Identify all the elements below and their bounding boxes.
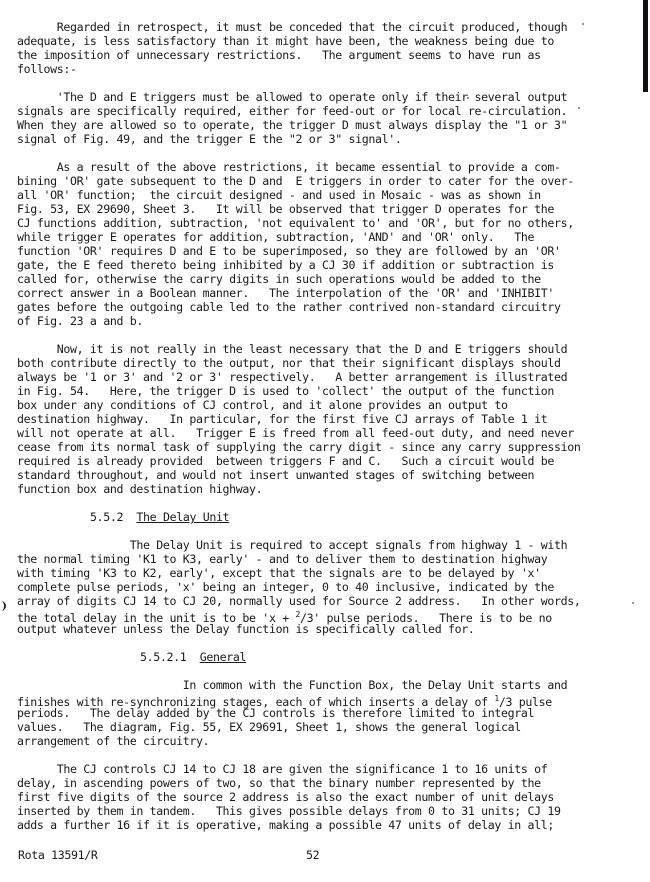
text-line: As a result of the above restrictions, i… bbox=[17, 160, 561, 174]
scan-speck bbox=[632, 602, 634, 604]
text-line: all 'OR' function; the circuit designed … bbox=[17, 188, 541, 202]
text-line: gate, the E feed thereto being inhibited… bbox=[17, 258, 554, 272]
text-line: signals are specifically required, eithe… bbox=[17, 104, 567, 118]
text-line: follows:- bbox=[17, 62, 77, 76]
text-line: adds a further 16 if it is operative, ma… bbox=[17, 818, 554, 832]
text-line: In common with the Function Box, the Del… bbox=[17, 678, 567, 692]
scan-edge-shadow bbox=[643, 0, 648, 92]
text-line: complete pulse periods, 'x' being an int… bbox=[17, 580, 554, 594]
text-line: output whatever unless the Delay functio… bbox=[17, 622, 474, 636]
text-line: of Fig. 23 a and b. bbox=[17, 314, 143, 328]
text-line: called for, otherwise the carry digits i… bbox=[17, 272, 541, 286]
text-line: Fig. 53, EX 29690, Sheet 3. It will be o… bbox=[17, 202, 554, 216]
section-number: 5.5.2.1 bbox=[140, 650, 186, 664]
text-line: standard throughout, and would not inser… bbox=[17, 468, 534, 482]
text-line: arrangement of the circuitry. bbox=[17, 734, 209, 748]
text-line: destination highway. In particular, for … bbox=[17, 412, 547, 426]
text-line: first five digits of the source 2 addres… bbox=[17, 790, 554, 804]
text-line: function box and destination highway. bbox=[17, 482, 262, 496]
text-line: always be '1 or 3' and '2 or 3' respecti… bbox=[17, 370, 567, 384]
text-line: function 'OR' requires D and E to be sup… bbox=[17, 244, 561, 258]
document-page: Regarded in retrospect, it must be conce… bbox=[0, 0, 650, 882]
text-line: periods. The delay added by the CJ contr… bbox=[17, 706, 534, 720]
text-line: values. The diagram, Fig. 55, EX 29691, … bbox=[17, 720, 521, 734]
text-line: CJ functions addition, subtraction, 'not… bbox=[17, 216, 574, 230]
text-line: The Delay Unit is required to accept sig… bbox=[17, 538, 567, 552]
text-line: signal of Fig. 49, and the trigger E the… bbox=[17, 132, 402, 146]
text-line: the normal timing 'K1 to K3, early' - an… bbox=[17, 552, 547, 566]
section-title: The Delay Unit bbox=[136, 510, 229, 524]
text-line: the total delay in the unit is to be 'x … bbox=[17, 608, 552, 622]
document-reference: Rota 13591/R bbox=[18, 848, 98, 862]
text-line: array of digits CJ 14 to CJ 20, normally… bbox=[17, 594, 581, 608]
text-line: the imposition of unnecessary restrictio… bbox=[17, 48, 541, 62]
text-line: box under any conditions of CJ control, … bbox=[17, 398, 508, 412]
text-line: cease from its normal task of supplying … bbox=[17, 440, 581, 454]
text-line: will not operate at all. Trigger E is fr… bbox=[17, 426, 574, 440]
text-line: correct answer in a Boolean manner. The … bbox=[17, 286, 554, 300]
text-line: Now, it is not really in the least neces… bbox=[17, 342, 567, 356]
text-line: with timing 'K3 to K2, early', except th… bbox=[17, 566, 541, 580]
text-line: When they are allowed so to operate, the… bbox=[17, 118, 567, 132]
text-line: adequate, is less satisfactory than it m… bbox=[17, 34, 554, 48]
text-line: required is already provided between tri… bbox=[17, 454, 554, 468]
section-title: General bbox=[200, 650, 246, 664]
text-line: 'The D and E triggers must be allowed to… bbox=[17, 90, 567, 104]
scan-speck bbox=[578, 107, 580, 109]
text-line: gates before the outgoing cable led to t… bbox=[17, 300, 561, 314]
scan-speck bbox=[582, 23, 584, 25]
section-number: 5.5.2 bbox=[90, 510, 123, 524]
text-line: delay, in ascending powers of two, so th… bbox=[17, 776, 541, 790]
page-number: 52 bbox=[306, 848, 319, 862]
text-line: both contribute directly to the output, … bbox=[17, 356, 561, 370]
text-line: while trigger E operates for addition, s… bbox=[17, 230, 534, 244]
text-line: The CJ controls CJ 14 to CJ 18 are given… bbox=[17, 762, 547, 776]
text-line: in Fig. 54. Here, the trigger D is used … bbox=[17, 384, 554, 398]
text-line: finishes with re-synchronizing stages, e… bbox=[17, 692, 552, 706]
section-heading-5-5-2: 5.5.2 The Delay Unit bbox=[90, 510, 229, 524]
section-heading-5-5-2-1: 5.5.2.1 General bbox=[140, 650, 246, 664]
scan-punch-mark bbox=[1, 601, 6, 611]
text-line: bining 'OR' gate subsequent to the D and… bbox=[17, 174, 574, 188]
text-line: inserted by them in tandem. This gives p… bbox=[17, 804, 561, 818]
text-line: Regarded in retrospect, it must be conce… bbox=[17, 20, 567, 34]
